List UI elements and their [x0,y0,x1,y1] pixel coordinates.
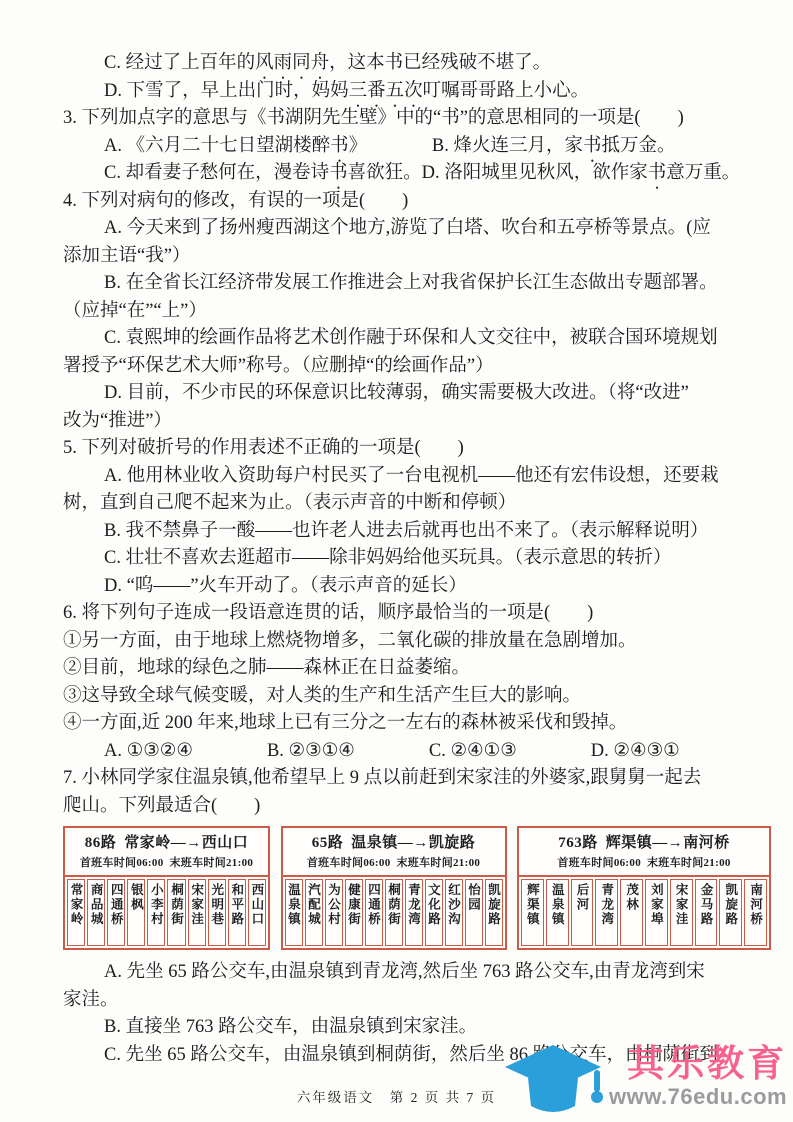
text-line: B. 直接坐 763 路公交车，由温泉镇到宋家洼。 [63,1014,763,1042]
bus-stop-cell: 凯旋路 [485,879,503,946]
bus-stop-cell: 温泉镇 [285,879,303,946]
watermark-url: www.76edu.com [609,1085,787,1109]
text-line: D. “呜——”火车开动了。（表示声音的延长） [63,573,763,601]
text-line: D. 下雪了，早上出门时，妈妈三番五次叮嘱哥哥路上小心。 [63,78,763,106]
bus-stop-cell: 凯旋路 [719,879,742,946]
text-line: C. 壮壮不喜欢去逛超市——除非妈妈给他买玩具。（表示意思的转折） [63,545,763,573]
text-line: B. 我不禁鼻子一酸——也许老人进去后就再也出不来了。（表示解释说明） [63,518,763,546]
bus-stop-cell: 西山口 [248,879,266,946]
bus-stop-cell: 辉渠镇 [521,879,544,946]
bus-stop-cell: 常家岭 [67,879,85,946]
emphasized-text: 书 [648,163,667,183]
last-bus-time: 末班车时间21:00 [647,857,731,869]
bus-stops-row: 常家岭商品城四通桥银枫小李村桐荫街宋家洼光明巷和平路西山口 [65,875,268,948]
bus-stop-cell: 和平路 [228,879,246,946]
last-bus-time: 末班车时间21:00 [170,857,254,869]
text-line: 5. 下列对破折号的作用表述不正确的一项是( ) [63,435,763,463]
bus-stop-cell: 银枫 [127,879,145,946]
bus-stop-cell: 红沙沟 [445,879,463,946]
text-line: A. 先坐 65 路公交车,由温泉镇到青龙湾,然后坐 763 路公交车,由青龙湾… [63,959,763,987]
text-line: 3. 下列加点字的意思与《书湖阴先生壁》中的“书”的意思相同的一项是( ) [63,105,763,133]
text-line: 6. 将下列句子连成一段语意连贯的话，顺序最恰当的一项是( ) [63,600,763,628]
text-line: A. 今天来到了扬州瘦西湖这个地方,游览了白塔、吹台和五亭桥等景点。(应 [63,215,763,243]
text-line: 爬山。下列最适合( ) [63,793,763,821]
emphasized-text: 书 [330,136,349,156]
watermark-text: 其乐教育 www.76edu.com [609,1044,787,1109]
bus-stops-row: 辉渠镇温泉镇后河青龙湾茂林刘家埠宋家洼金马路凯旋路南河桥 [519,875,769,948]
graduation-cap-icon [503,1044,603,1122]
text-line: ③这导致全球气候变暖，对人类的生产和生活产生巨大的影响。 [63,683,763,711]
bus-stops-row: 温泉镇汽配城为公村健康街四通桥桐荫街青龙湾文化路红沙沟怡园凯旋路 [283,875,505,948]
bus-stop-cell: 商品城 [87,879,105,946]
bus-route-table: 763路 辉渠镇—→南河桥首班车时间06:00末班车时间21:00辉渠镇温泉镇后… [517,826,771,950]
bus-stop-cell: 光明巷 [208,879,226,946]
bus-stop-cell: 茂林 [620,879,643,946]
bus-stop-cell: 桐荫街 [167,879,185,946]
bus-route-title: 763路 辉渠镇—→南河桥 [519,828,769,852]
bus-stop-cell: 四通桥 [365,879,383,946]
bus-times: 首班车时间06:00末班车时间21:00 [519,852,769,875]
emphasized-text: 风雨同舟 [255,53,329,73]
text-line: 改为“推进”） [63,408,763,436]
text-line: ①另一方面，由于地球上燃烧物增多，二氧化碳的排放量在急剧增加。 [63,628,763,656]
first-bus-time: 首班车时间06:00 [557,857,641,869]
bus-stop-cell: 汽配城 [305,879,323,946]
first-bus-time: 首班车时间06:00 [80,857,164,869]
text-line: A. 《六月二十七日望湖楼醉书》 B. 烽火连三月，家书抵万金。 [63,133,763,161]
bus-route-title: 65路 温泉镇—→凯旋路 [283,828,505,852]
text-line: D. 目前，不少市民的环保意识比较薄弱，确实需要极大改进。（将“改进” [63,380,763,408]
text-line: ②目前，地球的绿色之肺——森林正在日益萎缩。 [63,655,763,683]
bus-stop-cell: 刘家埠 [645,879,668,946]
bus-route-title: 86路 常家岭—→西山口 [65,828,268,852]
text-line: 添加主语“我”） [63,243,763,271]
bus-stop-cell: 宋家洼 [670,879,693,946]
text-line: ④一方面,近 200 年来,地球上已有三分之一左右的森林被采伐和毁掉。 [63,710,763,738]
text-line: （应掉“在”“上”） [63,298,763,326]
bus-stop-cell: 为公村 [325,879,343,946]
bus-stop-cell: 温泉镇 [546,879,569,946]
bus-stop-cell: 怡园 [465,879,483,946]
emphasized-text: 三番五次 [349,81,423,101]
bus-stop-cell: 青龙湾 [405,879,423,946]
last-bus-time: 末班车时间21:00 [397,857,481,869]
emphasized-text: 书 [329,163,348,183]
text-line: 署授予“环保艺术大师”称号。（应删掉“的绘画作品”） [63,353,763,381]
emphasized-text: 书 [583,136,602,156]
text-line: 4. 下列对病句的修改，有误的一项是( ) [63,188,763,216]
text-line: C. 经过了上百年的风雨同舟，这本书已经残破不堪了。 [63,50,763,78]
bus-times: 首班车时间06:00末班车时间21:00 [65,852,268,875]
bus-stop-cell: 文化路 [425,879,443,946]
bus-stop-cell: 四通桥 [107,879,125,946]
watermark-logo: 其乐教育 www.76edu.com [503,1044,785,1122]
bus-stop-cell: 宋家洼 [188,879,206,946]
text-line: A. 他用林业收入资助每户村民买了一台电视机——他还有宏伟设想，还要栽 [63,463,763,491]
bus-stop-cell: 桐荫街 [385,879,403,946]
bus-stop-cell: 青龙湾 [595,879,618,946]
bus-stop-cell: 小李村 [147,879,165,946]
bus-tables: 86路 常家岭—→西山口首班车时间06:00末班车时间21:00常家岭商品城四通… [63,826,771,950]
text-line: A. ①③②④ B. ②③①④ C. ②④①③ D. ②④③① [63,738,763,766]
text-line: 树，直到自己爬不起来为止。（表示声音的中断和停顿） [63,490,763,518]
question-lines-top: C. 经过了上百年的风雨同舟，这本书已经残破不堪了。D. 下雪了，早上出门时，妈… [63,50,763,820]
bus-stop-cell: 金马路 [695,879,718,946]
bus-route-table: 65路 温泉镇—→凯旋路首班车时间06:00末班车时间21:00温泉镇汽配城为公… [281,826,507,950]
watermark-brand: 其乐教育 [609,1044,787,1084]
text-line: C. 袁熙坤的绘画作品将艺术创作融于环保和人文交往中，被联合国环境规划 [63,325,763,353]
first-bus-time: 首班车时间06:00 [307,857,391,869]
text-line: 7. 小林同学家住温泉镇,他希望早上 9 点以前赶到宋家洼的外婆家,跟舅舅一起去 [63,765,763,793]
bus-route-table: 86路 常家岭—→西山口首班车时间06:00末班车时间21:00常家岭商品城四通… [63,826,270,950]
text-line: 家洼。 [63,987,763,1015]
text-line: C. 却看妻子愁何在，漫卷诗书喜欲狂。D. 洛阳城里见秋风，欲作家书意万重。 [63,160,763,188]
text-line: B. 在全省长江经济带发展工作推进会上对我省保护长江生态做出专题部署。 [63,270,763,298]
bus-times: 首班车时间06:00末班车时间21:00 [283,852,505,875]
exam-page: { "page": { "footer": "六年级语文 第 2 页 共 7 页… [0,0,793,1122]
exam-body: C. 经过了上百年的风雨同舟，这本书已经残破不堪了。D. 下雪了，早上出门时，妈… [63,50,763,1069]
bus-stop-cell: 南河桥 [744,879,767,946]
bus-stop-cell: 健康街 [345,879,363,946]
bus-stop-cell: 后河 [571,879,594,946]
